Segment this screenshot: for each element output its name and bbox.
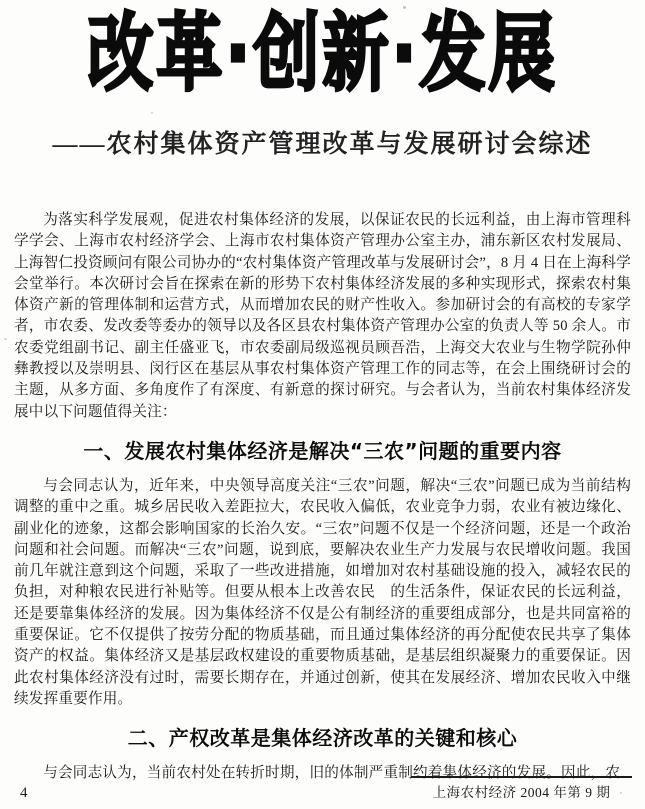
scan-speck <box>403 6 406 9</box>
page-title: 改革·创新·发展 <box>14 12 631 96</box>
scan-speck <box>151 112 153 114</box>
footer-rule <box>411 776 632 778</box>
intro-paragraph: 为落实科学发展观，促进农村集体经济的发展，以保证农民的长远利益，由上海市管理科学… <box>14 210 631 423</box>
page-footer: 4 上海农村经济 2004 年第 9 期 <box>14 776 632 802</box>
journal-title: 上海农村经济 2004 年第 9 期 <box>433 785 611 800</box>
page-subtitle: ——农村集体资产管理改革与发展研讨会综述 <box>14 124 631 160</box>
scan-speck <box>4 338 7 340</box>
scan-speck <box>620 792 622 794</box>
journal-reference: 上海农村经济 2004 年第 9 期 <box>411 776 632 802</box>
journal-page: 改革·创新·发展 ——农村集体资产管理改革与发展研讨会综述 为落实科学发展观，促… <box>0 0 645 809</box>
scan-speck <box>500 748 502 750</box>
page-number: 4 <box>20 785 28 802</box>
section-1-heading: 一、发展农村集体经济是解决“三农”问题的重要内容 <box>14 438 631 465</box>
section-1-paragraph: 与会同志认为，近年来，中央领导高度关注“三农”问题，解决“三农”问题已成为当前结… <box>14 476 631 710</box>
section-2-heading: 二、产权改革是集体经济改革的关键和核心 <box>14 725 631 752</box>
